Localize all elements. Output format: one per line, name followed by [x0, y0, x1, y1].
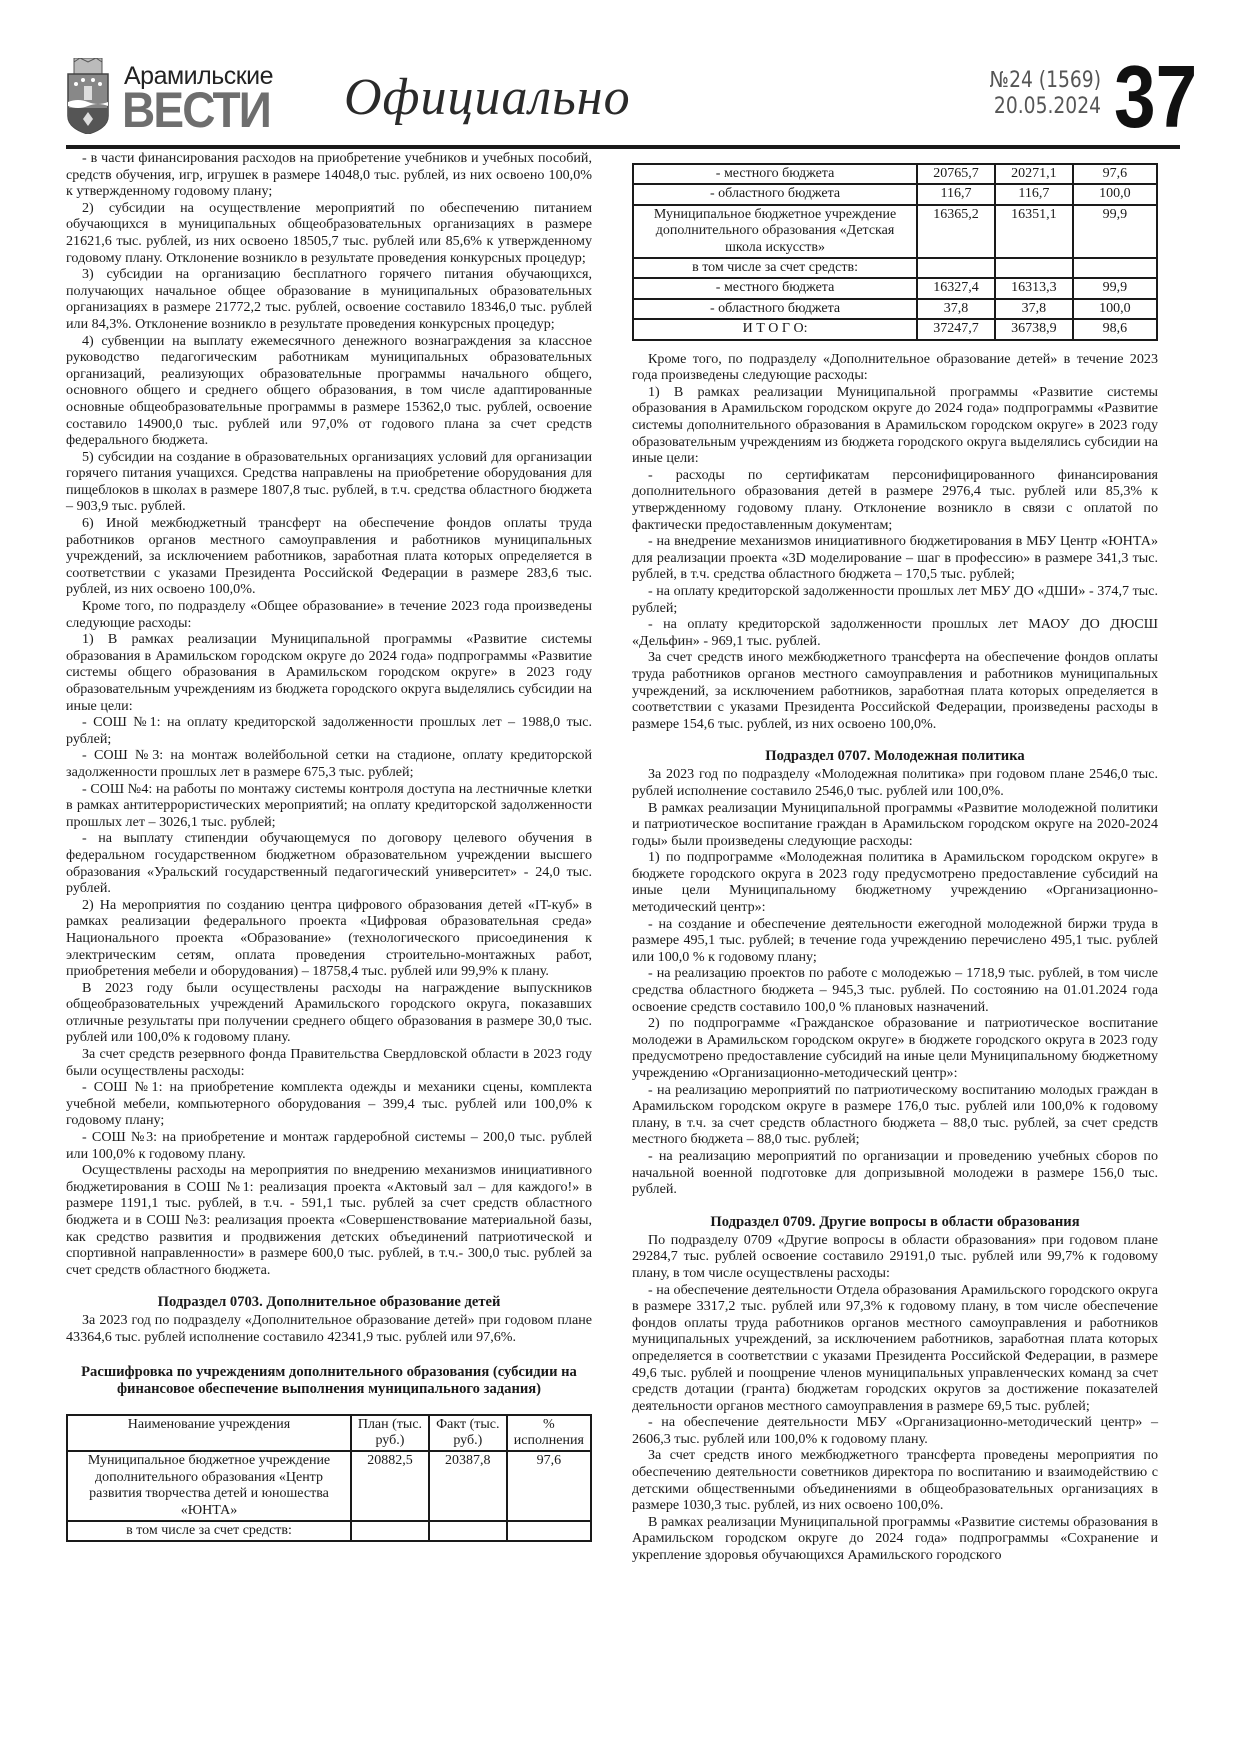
cell-pct: 100,0	[1073, 299, 1157, 319]
paragraph: Кроме того, по подразделу «Общее образов…	[66, 598, 592, 631]
cell-pct: 97,6	[507, 1451, 591, 1521]
cell-fact: 36738,9	[995, 319, 1073, 339]
paragraph: - на выплату стипендии обучающемуся по д…	[66, 830, 592, 896]
table-row: в том числе за счет средств:	[67, 1521, 591, 1541]
cell-pct: 100,0	[1073, 184, 1157, 204]
logo-main-text: ВЕСТИ	[122, 84, 270, 136]
paragraph: 6) Иной межбюджетный трансферт на обеспе…	[66, 515, 592, 598]
right-column: - местного бюджета20765,720271,197,6- об…	[632, 163, 1158, 1564]
cell-plan: 37247,7	[917, 319, 995, 339]
col-header-fact: Факт (тыс. руб.)	[429, 1415, 507, 1452]
paragraph: - на внедрение механизмов инициативного …	[632, 533, 1158, 583]
paragraph: - СОШ №1: на оплату кредиторской задолже…	[66, 714, 592, 747]
cell-pct: 97,6	[1073, 164, 1157, 184]
cell-name: - областного бюджета	[633, 184, 917, 204]
paragraph: За 2023 год по подразделу «Молодежная по…	[632, 766, 1158, 799]
paragraph: - на оплату кредиторской задолженности п…	[632, 616, 1158, 649]
paragraph: 1) В рамках реализации Муниципальной про…	[632, 384, 1158, 467]
paragraph: - на оплату кредиторской задолженности п…	[632, 583, 1158, 616]
paragraph: В 2023 году были осуществлены расходы на…	[66, 980, 592, 1046]
cell-fact	[429, 1521, 507, 1541]
paragraph: За счет средств иного межбюджетного тран…	[632, 649, 1158, 732]
cell-name: в том числе за счет средств:	[67, 1521, 351, 1541]
header-rule	[66, 145, 1180, 149]
cell-fact: 16313,3	[995, 278, 1073, 298]
issue-info: №24 (1569) 20.05.2024	[948, 68, 1101, 120]
table-row: Муниципальное бюджетное учреждение допол…	[67, 1451, 591, 1521]
paragraph: - на реализацию проектов по работе с мол…	[632, 965, 1158, 1015]
paragraph: В рамках реализации Муниципальной програ…	[632, 1514, 1158, 1564]
left-paragraphs: - в части финансирования расходов на при…	[66, 150, 592, 1278]
cell-pct	[1073, 258, 1157, 278]
table-row: И Т О Г О:37247,736738,998,6	[633, 319, 1157, 339]
cell-name: - местного бюджета	[633, 278, 917, 298]
cell-name: - областного бюджета	[633, 299, 917, 319]
section-title: Официально	[344, 68, 631, 127]
section-0703-text: За 2023 год по подразделу «Дополнительно…	[66, 1312, 592, 1345]
institutions-table-part1: Наименование учреждения План (тыс. руб.)…	[66, 1414, 592, 1543]
paragraph: - на реализацию мероприятий по организац…	[632, 1148, 1158, 1198]
paragraph: В рамках реализации Муниципальной програ…	[632, 800, 1158, 850]
section-0709-title: Подраздел 0709. Другие вопросы в области…	[632, 1214, 1158, 1231]
paragraph: Осуществлены расходы на мероприятия по в…	[66, 1162, 592, 1278]
cell-name: Муниципальное бюджетное учреждение допол…	[67, 1451, 351, 1521]
paragraph: По подразделу 0709 «Другие вопросы в обл…	[632, 1232, 1158, 1282]
paragraph: - СОШ №3: на приобретение и монтаж гарде…	[66, 1129, 592, 1162]
section-0707-body: За 2023 год по подразделу «Молодежная по…	[632, 766, 1158, 1197]
paragraph: - на реализацию мероприятий по патриотич…	[632, 1082, 1158, 1148]
table-row: - местного бюджета20765,720271,197,6	[633, 164, 1157, 184]
paragraph: 1) по подпрограмме «Молодежная политика …	[632, 849, 1158, 915]
cell-plan: 16365,2	[917, 205, 995, 258]
paragraph: - СОШ №4: на работы по монтажу системы к…	[66, 781, 592, 831]
section-0703-title: Подраздел 0703. Дополнительное образован…	[66, 1294, 592, 1311]
paragraph: 2) субсидии на осуществление мероприятий…	[66, 200, 592, 266]
table-row: - областного бюджета37,837,8100,0	[633, 299, 1157, 319]
cell-pct: 98,6	[1073, 319, 1157, 339]
cell-plan: 16327,4	[917, 278, 995, 298]
cell-plan: 37,8	[917, 299, 995, 319]
cell-plan: 116,7	[917, 184, 995, 204]
cell-fact: 116,7	[995, 184, 1073, 204]
cell-pct: 99,9	[1073, 205, 1157, 258]
cell-name: И Т О Г О:	[633, 319, 917, 339]
paragraph: - СОШ №1: на приобретение комплекта одеж…	[66, 1079, 592, 1129]
cell-name: - местного бюджета	[633, 164, 917, 184]
paragraph: За счет средств резервного фонда Правите…	[66, 1046, 592, 1079]
paragraph: 2) На мероприятия по созданию центра циф…	[66, 897, 592, 980]
cell-plan	[917, 258, 995, 278]
left-column: - в части финансирования расходов на при…	[66, 150, 592, 1542]
cell-fact: 20271,1	[995, 164, 1073, 184]
col-header-name: Наименование учреждения	[67, 1415, 351, 1452]
paragraph: 5) субсидии на создание в образовательны…	[66, 449, 592, 515]
paragraph: - в части финансирования расходов на при…	[66, 150, 592, 200]
cell-fact: 37,8	[995, 299, 1073, 319]
paragraph: - на обеспечение деятельности МБУ «Орган…	[632, 1414, 1158, 1447]
paragraph: 1) В рамках реализации Муниципальной про…	[66, 631, 592, 714]
cell-plan: 20765,7	[917, 164, 995, 184]
col-header-pct: % исполнения	[507, 1415, 591, 1452]
table-row: Муниципальное бюджетное учреждение допол…	[633, 205, 1157, 258]
table-header-row: Наименование учреждения План (тыс. руб.)…	[67, 1415, 591, 1452]
paragraph: - СОШ №3: на монтаж волейбольной сетки н…	[66, 747, 592, 780]
paragraph: Кроме того, по подразделу «Дополнительно…	[632, 351, 1158, 384]
cell-name: в том числе за счет средств:	[633, 258, 917, 278]
table-title: Расшифровка по учреждениям дополнительно…	[66, 1364, 592, 1398]
page-number: 37	[1114, 52, 1197, 142]
cell-plan: 20882,5	[351, 1451, 429, 1521]
cell-plan	[351, 1521, 429, 1541]
coat-of-arms-icon	[66, 58, 110, 134]
institutions-table-part2: - местного бюджета20765,720271,197,6- об…	[632, 163, 1158, 341]
issue-date: 20.05.2024	[948, 94, 1101, 120]
cell-name: Муниципальное бюджетное учреждение допол…	[633, 205, 917, 258]
masthead: Арамильские ВЕСТИ Официально №24 (1569) …	[66, 58, 1180, 146]
col-header-plan: План (тыс. руб.)	[351, 1415, 429, 1452]
paragraph: 2) по подпрограмме «Гражданское образова…	[632, 1015, 1158, 1081]
paragraph: 4) субвенции на выплату ежемесячного ден…	[66, 333, 592, 449]
paragraph: За счет средств иного межбюджетного тран…	[632, 1447, 1158, 1513]
table-row: - областного бюджета116,7116,7100,0	[633, 184, 1157, 204]
issue-number: №24 (1569)	[948, 68, 1101, 94]
right-paragraphs: Кроме того, по подразделу «Дополнительно…	[632, 351, 1158, 733]
cell-fact: 20387,8	[429, 1451, 507, 1521]
cell-pct: 99,9	[1073, 278, 1157, 298]
table-row: - местного бюджета16327,416313,399,9	[633, 278, 1157, 298]
section-0707-title: Подраздел 0707. Молодежная политика	[632, 748, 1158, 765]
cell-fact: 16351,1	[995, 205, 1073, 258]
table-row: в том числе за счет средств:	[633, 258, 1157, 278]
paragraph: - расходы по сертификатам персонифициров…	[632, 467, 1158, 533]
cell-pct	[507, 1521, 591, 1541]
paragraph: - на создание и обеспечение деятельности…	[632, 916, 1158, 966]
section-0709-body: По подразделу 0709 «Другие вопросы в обл…	[632, 1232, 1158, 1564]
paragraph: 3) субсидии на организацию бесплатного г…	[66, 266, 592, 332]
cell-fact	[995, 258, 1073, 278]
paragraph: - на обеспечение деятельности Отдела обр…	[632, 1282, 1158, 1415]
